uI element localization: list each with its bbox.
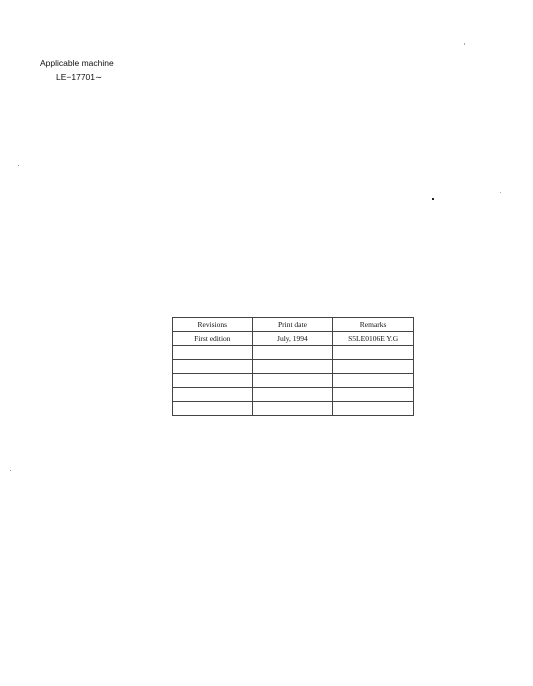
cell-revision: First edition	[173, 332, 253, 346]
table-row	[173, 346, 414, 360]
cell-remarks	[333, 346, 414, 360]
table-row	[173, 402, 414, 416]
applicable-machine-block: Applicable machine LE−17701∼	[40, 58, 114, 83]
cell-print-date	[252, 374, 333, 388]
table-row	[173, 388, 414, 402]
cell-revision	[173, 346, 253, 360]
header-print-date: Print date	[252, 318, 333, 332]
scan-speck	[432, 198, 434, 200]
cell-print-date	[252, 388, 333, 402]
cell-remarks	[333, 374, 414, 388]
applicable-machine-label: Applicable machine	[40, 58, 114, 69]
cell-revision	[173, 360, 253, 374]
cell-print-date: July, 1994	[252, 332, 333, 346]
cell-print-date	[252, 402, 333, 416]
revision-table: Revisions Print date Remarks First editi…	[172, 317, 414, 416]
cell-remarks: S5LE0106E Y.G	[333, 332, 414, 346]
scan-speck	[18, 165, 19, 166]
table-row: First edition July, 1994 S5LE0106E Y.G	[173, 332, 414, 346]
cell-revision	[173, 374, 253, 388]
header-revisions: Revisions	[173, 318, 253, 332]
cell-remarks	[333, 388, 414, 402]
header-remarks: Remarks	[333, 318, 414, 332]
cell-revision	[173, 402, 253, 416]
cell-print-date	[252, 346, 333, 360]
cell-revision	[173, 388, 253, 402]
machine-model: LE−17701∼	[40, 72, 114, 83]
cell-print-date	[252, 360, 333, 374]
table-row	[173, 360, 414, 374]
revision-table-header: Revisions Print date Remarks	[173, 318, 414, 332]
scan-speck	[464, 43, 465, 45]
scan-speck	[10, 470, 11, 471]
cell-remarks	[333, 360, 414, 374]
table-row	[173, 374, 414, 388]
scan-speck	[500, 192, 501, 193]
cell-remarks	[333, 402, 414, 416]
